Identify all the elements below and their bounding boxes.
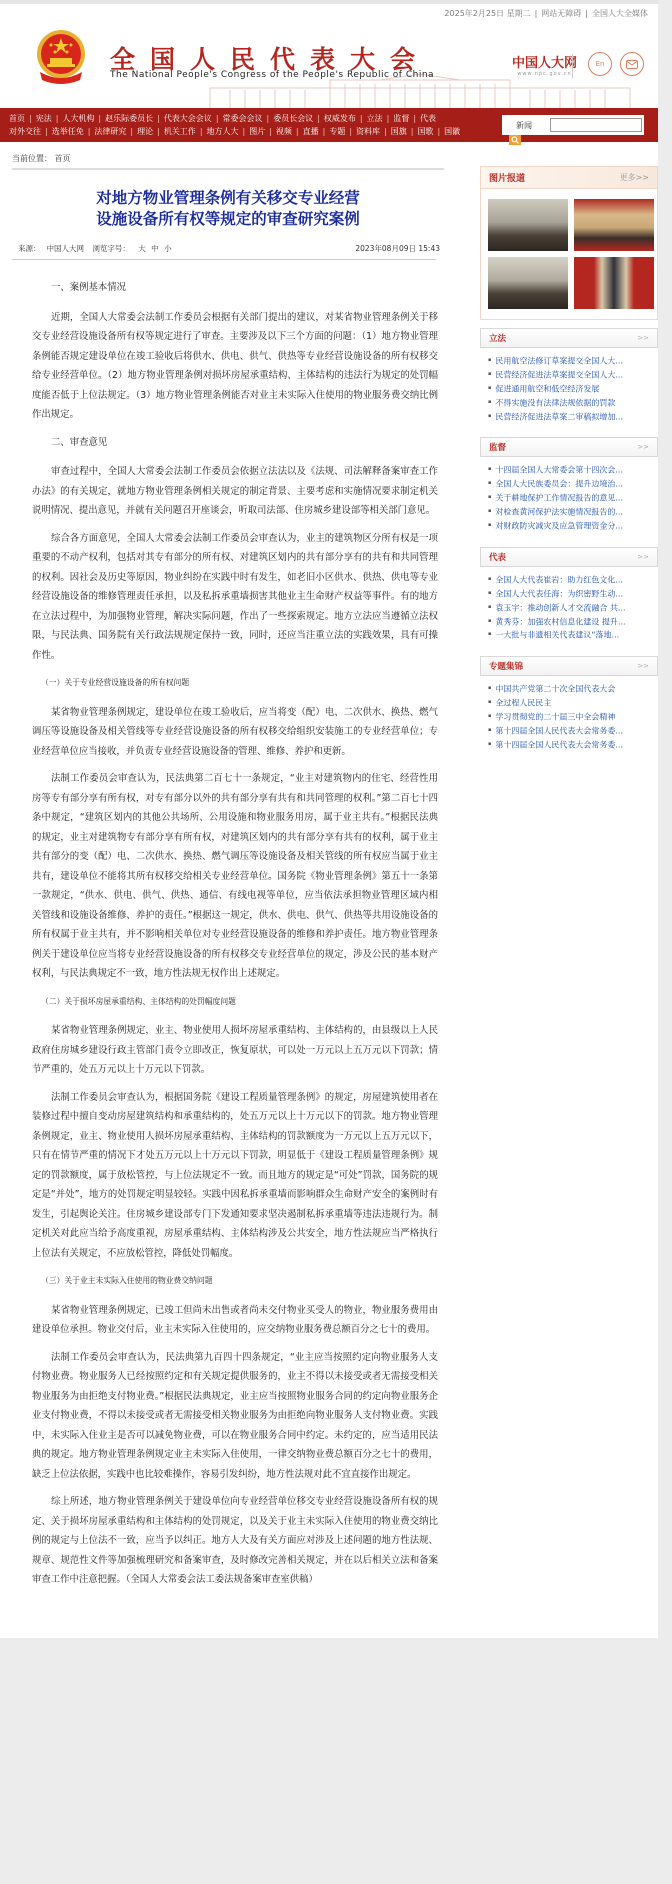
paragraph: 某省物业管理条例规定，业主、物业使用人损坏房屋承重结构、主体结构的，由县级以上人… (32, 1021, 438, 1080)
nav-item-database[interactable]: 资料库 (356, 125, 380, 138)
photo-thumbnail[interactable] (488, 199, 568, 251)
paragraph: 综合各方面意见，全国人大常委会法制工作委员会审查认为，业主的建筑物区分所有权是一… (32, 529, 438, 666)
paragraph: 法制工作委员会审查认为，根据国务院《建设工程质量管理条例》的规定，房屋建筑使用者… (32, 1088, 438, 1264)
top-rule (12, 168, 444, 170)
sidebar-section-legislation: 立法 >> 民用航空法修订草案提交全国人大... 民营经济促进法草案提交全国人大… (480, 328, 658, 429)
nav-item-home[interactable]: 首页 (9, 112, 25, 125)
breadcrumb: 当前位置： 首页 (0, 142, 672, 166)
publish-datetime: 2023年08月09日 15:43 (355, 243, 440, 254)
news-link[interactable]: 第十四届全国人民代表大会常务委... (488, 738, 658, 752)
news-link[interactable]: 民用航空法修订草案提交全国人大... (488, 354, 658, 368)
header-divider (572, 54, 573, 78)
nav-item-live[interactable]: 直播 (303, 125, 319, 138)
page-scrollbar[interactable] (658, 0, 672, 1884)
news-link[interactable]: 民营经济促进法草案提交全国人大... (488, 368, 658, 382)
font-size-label: 浏览字号： (92, 244, 130, 253)
search-form: 新闻 (502, 115, 644, 135)
paragraph: 某省物业管理条例规定，已竣工但尚未出售或者尚未交付物业买受人的物业，物业服务费用… (32, 1301, 438, 1340)
article-meta: 来源：中国人大网 浏览字号： 大 中 小 2023年08月09日 15:43 (12, 243, 444, 254)
source-value: 中国人大网 (47, 244, 85, 253)
envelope-icon (626, 60, 638, 69)
paragraph: 法制工作委员会审查认为，民法典第二百七十一条规定，“业主对建筑物内的住宅、经营性… (32, 769, 438, 984)
photo-thumbnail[interactable] (574, 199, 654, 251)
news-link[interactable]: 促进通用航空和低空经济发展 (488, 382, 658, 396)
section-header: 立法 >> (480, 328, 658, 348)
news-link[interactable]: 十四届全国人大常委会第十四次会... (488, 463, 658, 477)
subsection-heading: （二）关于损坏房屋承重结构、主体结构的处罚幅度问题 (32, 992, 438, 1012)
news-list: 十四届全国人大常委会第十四次会... 全国人大民族委员会：提升边境治... 关于… (480, 457, 658, 538)
nav-item-video[interactable]: 视频 (276, 125, 292, 138)
nav-item-npc-organs[interactable]: 人大机构 (62, 112, 94, 125)
article-title-line-1: 对地方物业管理条例有关移交专业经营 (12, 188, 444, 209)
more-link[interactable]: >> (637, 553, 649, 561)
news-link[interactable]: 对财政防灾减灾及应急管理资金分... (488, 519, 658, 533)
news-link[interactable]: 全国人大民族委员会：提升边境治... (488, 477, 658, 491)
npc-logo-text: 中国人大网 (512, 52, 577, 71)
news-list: 中国共产党第二十次全国代表大会 全过程人民民主 学习贯彻党的二十届三中全会精神 … (480, 676, 658, 757)
nav-item-constitution[interactable]: 宪法 (36, 112, 52, 125)
section-title[interactable]: 专题集锦 (489, 660, 523, 672)
npc-logo-url: www.npc.gov.cn (512, 71, 577, 77)
more-link[interactable]: >> (637, 662, 649, 670)
font-size-large[interactable]: 大 (138, 244, 146, 253)
paragraph: 审查过程中，全国人大常委会法制工作委员会依据立法法以及《法规、司法解释备案审查工… (32, 462, 438, 521)
article-column: 对地方物业管理条例有关移交专业经营 设施设备所有权等规定的审查研究案例 来源：中… (12, 166, 444, 1598)
top-utility-bar: 2025年2月25日 星期二 | 网站无障碍 | 全国人大全媒体 (0, 0, 672, 22)
nav-item-foreign-affairs[interactable]: 对外交往 (9, 125, 41, 138)
npc-website-logo[interactable]: 中国人大网 www.npc.gov.cn (512, 52, 577, 77)
divider: | (535, 9, 538, 18)
divider: | (585, 9, 588, 18)
current-date: 2025年2月25日 星期二 (444, 8, 530, 19)
english-button[interactable]: En (588, 52, 612, 76)
font-size-small[interactable]: 小 (164, 244, 172, 253)
news-link[interactable]: 全过程人民民主 (488, 696, 658, 710)
mail-button[interactable] (620, 52, 644, 76)
news-link[interactable]: 中国共产党第二十次全国代表大会 (488, 682, 658, 696)
article-title: 对地方物业管理条例有关移交专业经营 设施设备所有权等规定的审查研究案例 (12, 188, 444, 230)
photo-reports-header: 图片报道 更多>> (481, 167, 657, 189)
accessibility-link[interactable]: 网站无障碍 (541, 8, 581, 19)
nav-item-legislation[interactable]: 立法 (367, 112, 383, 125)
sidebar-section-topics: 专题集锦 >> 中国共产党第二十次全国代表大会 全过程人民民主 学习贯彻党的二十… (480, 656, 658, 757)
photo-thumbnail[interactable] (488, 257, 568, 309)
nav-item-organ-work[interactable]: 机关工作 (164, 125, 196, 138)
more-link[interactable]: >> (637, 443, 649, 451)
nav-item-chairmen-meeting[interactable]: 委员长会议 (273, 112, 313, 125)
all-media-link[interactable]: 全国人大全媒体 (592, 8, 648, 19)
nav-item-supervision[interactable]: 监督 (393, 112, 409, 125)
news-link[interactable]: 一大批与非遗相关代表建议“落地... (488, 628, 658, 642)
national-emblem-logo (34, 28, 88, 88)
paragraph: 法制工作委员会审查认为，民法典第九百四十四条规定，“业主应当按照约定向物业服务人… (32, 1348, 438, 1485)
nav-item-deputies[interactable]: 代表 (420, 112, 436, 125)
news-link[interactable]: 第十四届全国人民代表大会常务委... (488, 724, 658, 738)
section-title[interactable]: 监督 (489, 441, 506, 453)
paragraph: 综上所述，地方物业管理条例关于建设单位向专业经营单位移交专业经营设施设备所有权的… (32, 1492, 438, 1590)
subsection-heading: （一）关于专业经营设施设备的所有权问题 (32, 673, 438, 693)
site-header: 全国人民代表大会 The National People's Congress … (0, 22, 672, 108)
nav-item-official-releases[interactable]: 权威发布 (324, 112, 356, 125)
news-link[interactable]: 不得实施没有法律法规依据的罚款 (488, 396, 658, 410)
sidebar-section-supervision: 监督 >> 十四届全国人大常委会第十四次会... 全国人大民族委员会：提升边境治… (480, 437, 658, 538)
nav-item-pictures[interactable]: 图片 (249, 125, 265, 138)
content-area: 对地方物业管理条例有关移交专业经营 设施设备所有权等规定的审查研究案例 来源：中… (0, 166, 672, 1598)
nav-item-topics[interactable]: 专题 (329, 125, 345, 138)
nav-item-congress-sessions[interactable]: 代表大会会议 (164, 112, 212, 125)
site-title-en: The National People's Congress of the Pe… (110, 70, 434, 80)
article-title-line-2: 设施设备所有权等规定的审查研究案例 (12, 209, 444, 230)
photo-reports-title: 图片报道 (489, 171, 525, 184)
breadcrumb-home[interactable]: 首页 (55, 154, 71, 163)
section-title[interactable]: 代表 (489, 551, 506, 563)
page: 2025年2月25日 星期二 | 网站无障碍 | 全国人大全媒体 (0, 0, 672, 1638)
section-heading: 二、审查意见 (32, 433, 438, 453)
news-link[interactable]: 民营经济促进法草案二审稿拟增加... (488, 410, 658, 424)
subsection-heading: （三）关于业主未实际入住使用的物业费交纳问题 (32, 1271, 438, 1291)
news-link[interactable]: 关于耕地保护工作情况报告的意见... (488, 491, 658, 505)
search-button[interactable] (509, 135, 521, 145)
news-link[interactable]: 学习贯彻党的二十届三中全会精神 (488, 710, 658, 724)
news-link[interactable]: 黄秀芬：加强农村信息化建设 提升... (488, 615, 658, 629)
nav-item-national-emblem[interactable]: 国徽 (444, 125, 460, 138)
source-label: 来源： (18, 244, 41, 253)
sidebar-section-deputies: 代表 >> 全国人大代表崔岩：助力红色文化... 全国人大代表任海：为织密野生动… (480, 547, 658, 648)
font-size-medium[interactable]: 中 (151, 244, 159, 253)
main-navigation: 首页| 宪法| 人大机构| 赵乐际委员长| 代表大会会议| 常委会会议| 委员长… (0, 108, 672, 142)
search-category-label[interactable]: 新闻 (516, 120, 550, 131)
news-link[interactable]: 对检查黄河保护法实施情况报告的... (488, 505, 658, 519)
breadcrumb-label: 当前位置： (12, 154, 52, 163)
paragraph: 某省物业管理条例规定，建设单位在竣工验收后，应当将变（配）电、二次供水、换热、燃… (32, 703, 438, 762)
photo-reports-box: 图片报道 更多>> (480, 166, 658, 320)
photo-reports-more-link[interactable]: 更多>> (620, 172, 649, 183)
nav-item-elections[interactable]: 选举任免 (52, 125, 84, 138)
more-link[interactable]: >> (637, 334, 649, 342)
nav-item-local-npc[interactable]: 地方人大 (207, 125, 239, 138)
nav-item-national-flag[interactable]: 国旗 (391, 125, 407, 138)
section-header: 专题集锦 >> (480, 656, 658, 676)
news-link[interactable]: 袁玉宇：推动创新人才交流融合 共... (488, 601, 658, 615)
paragraph: 近期，全国人大常委会法制工作委员会根据有关部门提出的建议，对某省物业管理条例关于… (32, 308, 438, 425)
section-header: 代表 >> (480, 547, 658, 567)
nav-item-theory[interactable]: 理论 (137, 125, 153, 138)
section-header: 监督 >> (480, 437, 658, 457)
nav-item-legal-research[interactable]: 法律研究 (94, 125, 126, 138)
nav-item-chairman[interactable]: 赵乐际委员长 (105, 112, 153, 125)
news-link[interactable]: 全国人大代表崔岩：助力红色文化... (488, 573, 658, 587)
news-list: 全国人大代表崔岩：助力红色文化... 全国人大代表任海：为织密野生动... 袁玉… (480, 567, 658, 648)
photo-grid (481, 189, 657, 319)
page-bottom-spacer (0, 1598, 672, 1638)
sidebar: 图片报道 更多>> 立法 >> 民用航空法修订草案提交全国人大... 民营 (480, 166, 658, 1598)
article-body: 一、案例基本情况 近期，全国人大常委会法制工作委员会根据有关部门提出的建议，对某… (12, 260, 444, 1590)
search-input[interactable] (550, 118, 642, 132)
news-link[interactable]: 全国人大代表任海：为织密野生动... (488, 587, 658, 601)
photo-thumbnail[interactable] (574, 257, 654, 309)
section-title[interactable]: 立法 (489, 332, 506, 344)
news-list: 民用航空法修订草案提交全国人大... 民营经济促进法草案提交全国人大... 促进… (480, 348, 658, 429)
nav-item-standing-committee[interactable]: 常委会会议 (223, 112, 263, 125)
search-icon (511, 136, 519, 144)
nav-item-national-anthem[interactable]: 国歌 (417, 125, 433, 138)
section-heading: 一、案例基本情况 (32, 278, 438, 298)
